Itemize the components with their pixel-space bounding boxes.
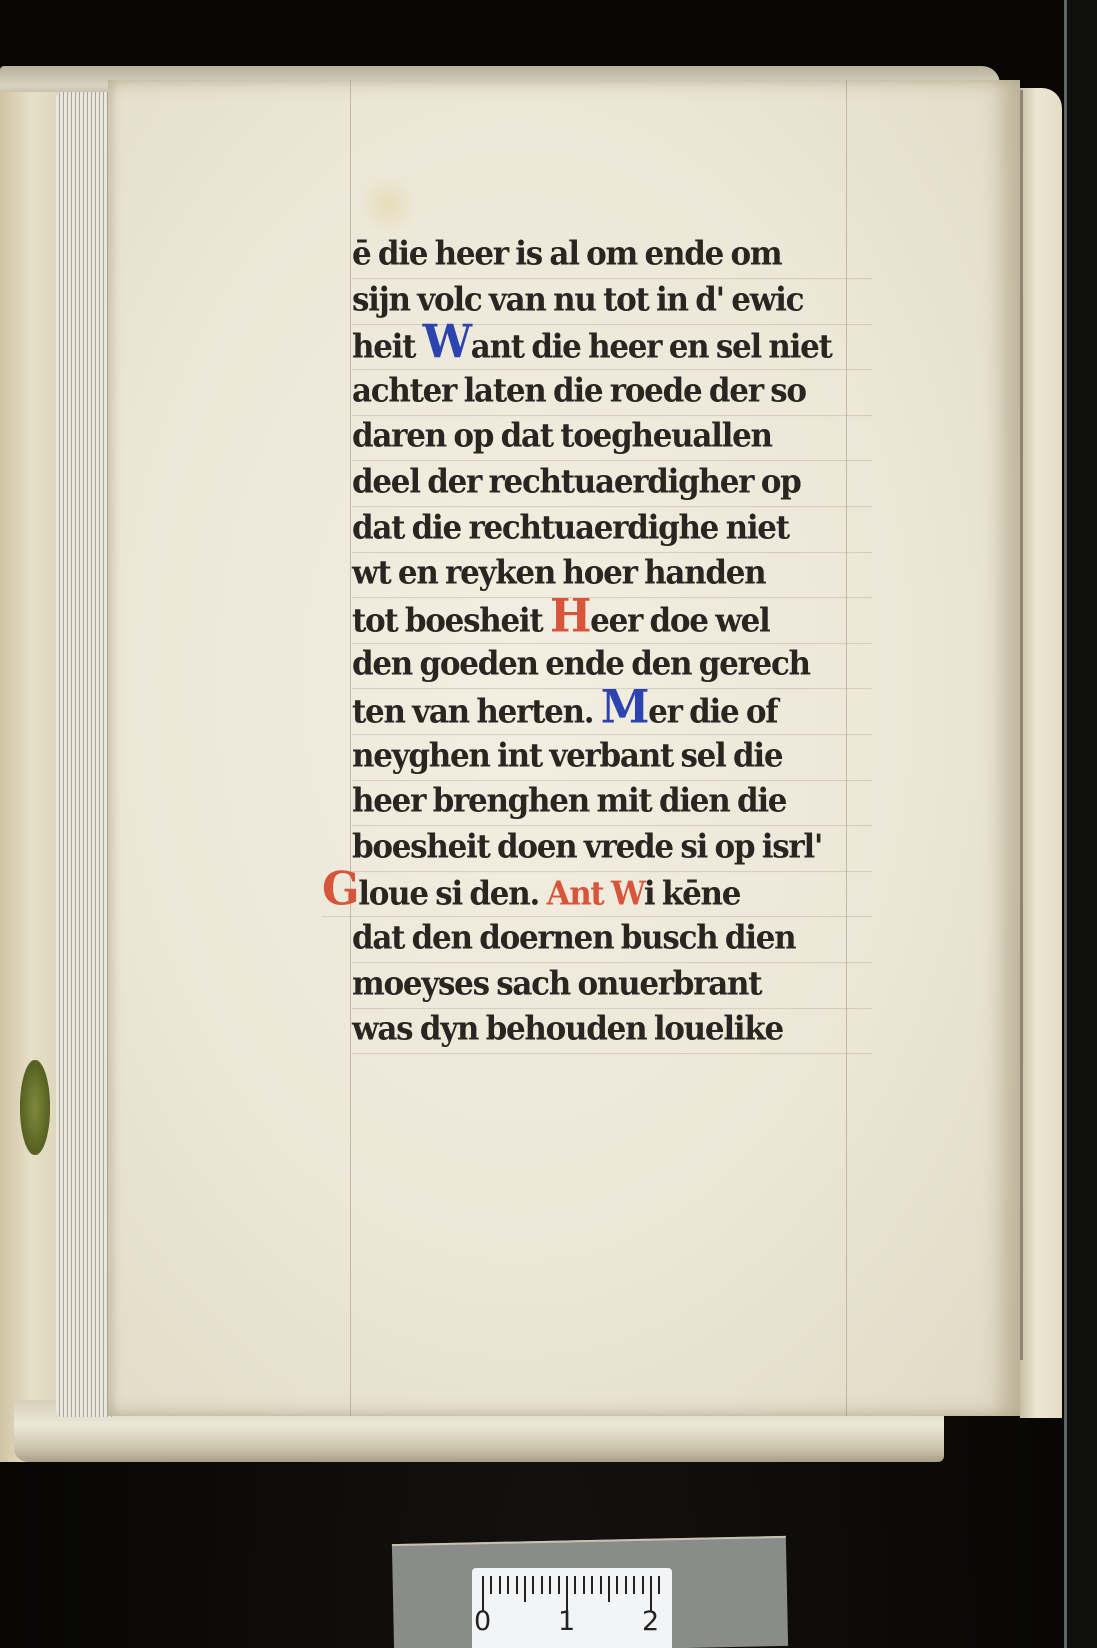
text-segment: loue si den. <box>358 875 546 913</box>
text-line: was dyn behouden louelike <box>352 1006 872 1054</box>
text-line: ten van herten. Mer die of <box>352 687 872 735</box>
text-line: dat den doernen busch dien <box>352 915 872 963</box>
text-segment: ten van herten. <box>352 693 601 731</box>
rubric-text: W <box>603 875 643 913</box>
page-stain <box>358 175 418 235</box>
text-segment: heit <box>352 328 423 366</box>
gutter-shadow <box>1020 90 1023 1360</box>
ruler-tick <box>516 1576 518 1594</box>
ruler-tick <box>591 1576 593 1594</box>
ruler-tick <box>608 1576 610 1602</box>
ruler-label: 2 <box>642 1606 659 1637</box>
ruler-tick <box>507 1576 509 1594</box>
scale-ruler: 012 <box>472 1568 672 1648</box>
text-line: wt en reyken hoer handen <box>352 550 872 598</box>
text-segment: moeyses sach onuerbrant <box>352 965 761 1003</box>
text-line: deel der rechtuaerdigher op <box>352 459 872 507</box>
text-segment: deel der rechtuaerdigher op <box>352 463 800 501</box>
text-line: moeyses sach onuerbrant <box>352 960 872 1008</box>
ruler-tick <box>616 1576 618 1594</box>
facing-page-edge <box>1020 88 1062 1418</box>
text-line: daren op dat toegheuallen <box>352 413 872 461</box>
text-segment: dat den doernen busch dien <box>352 919 795 957</box>
text-segment: achter laten die roede der so <box>352 372 806 410</box>
text-segment: ē die heer is al om ende om <box>352 235 781 273</box>
page-edges <box>56 92 112 1417</box>
red-initial: H <box>550 589 590 643</box>
ruler-tick <box>583 1576 585 1594</box>
ruler-tick <box>490 1576 492 1594</box>
text-segment: wt en reyken hoer handen <box>352 554 765 592</box>
text-segment: neyghen int verbant sel die <box>352 737 782 775</box>
red-initial: G <box>322 863 358 917</box>
text-segment: ant die heer en sel niet <box>471 328 832 366</box>
text-line: boesheit doen vrede si op isrl' <box>352 824 872 872</box>
text-segment: daren op dat toegheuallen <box>352 417 772 455</box>
text-line: tot boesheit Heer doe wel <box>352 596 872 644</box>
ruler-tick <box>642 1576 644 1594</box>
text-line: neyghen int verbant sel die <box>352 732 872 780</box>
ruler-tick <box>625 1576 627 1594</box>
text-line: heer brenghen mit dien die <box>352 778 872 826</box>
text-segment: i kēne <box>644 875 740 913</box>
text-segment: heer brenghen mit dien die <box>352 782 786 820</box>
text-segment: den goeden ende den gerech <box>352 645 810 683</box>
ruler-tick <box>558 1576 560 1594</box>
text-segment: sijn volc van nu tot in d' ewic <box>352 281 803 319</box>
text-segment: boesheit doen vrede si op isrl' <box>352 828 822 866</box>
ruler-tick <box>549 1576 551 1594</box>
text-line: heit Want die heer en sel niet <box>352 322 872 370</box>
ruler-tick <box>574 1576 576 1594</box>
ruler-label: 1 <box>558 1606 575 1637</box>
blue-initial: M <box>601 680 648 734</box>
blue-initial: W <box>423 316 471 370</box>
text-segment: er die of <box>648 693 777 731</box>
ruler-tick <box>541 1576 543 1594</box>
text-line: dat die rechtuaerdighe niet <box>352 504 872 552</box>
rubric-text: Ant <box>546 875 603 913</box>
text-segment: dat die rechtuaerdighe niet <box>352 509 789 547</box>
green-fragment <box>20 1060 50 1155</box>
ruler-tick <box>633 1576 635 1594</box>
ruler-tick <box>600 1576 602 1594</box>
ruler-label: 0 <box>474 1606 491 1637</box>
text-line: ē die heer is al om ende om <box>352 231 872 279</box>
text-segment: eer doe wel <box>590 602 769 640</box>
text-segment: was dyn behouden louelike <box>352 1010 783 1048</box>
text-line: achter laten die roede der so <box>352 368 872 416</box>
ruling-left <box>350 80 351 1416</box>
ruler-tick <box>499 1576 501 1594</box>
glass-plate <box>1067 0 1097 1648</box>
ruler-tick <box>532 1576 534 1594</box>
ruler-tick <box>658 1576 660 1594</box>
text-line: Gloue si den. Ant Wi kēne <box>322 869 872 917</box>
manuscript-text: ē die heer is al om ende omsijn volc van… <box>352 232 872 1053</box>
text-segment: tot boesheit <box>352 602 550 640</box>
ruler-tick <box>524 1576 526 1602</box>
